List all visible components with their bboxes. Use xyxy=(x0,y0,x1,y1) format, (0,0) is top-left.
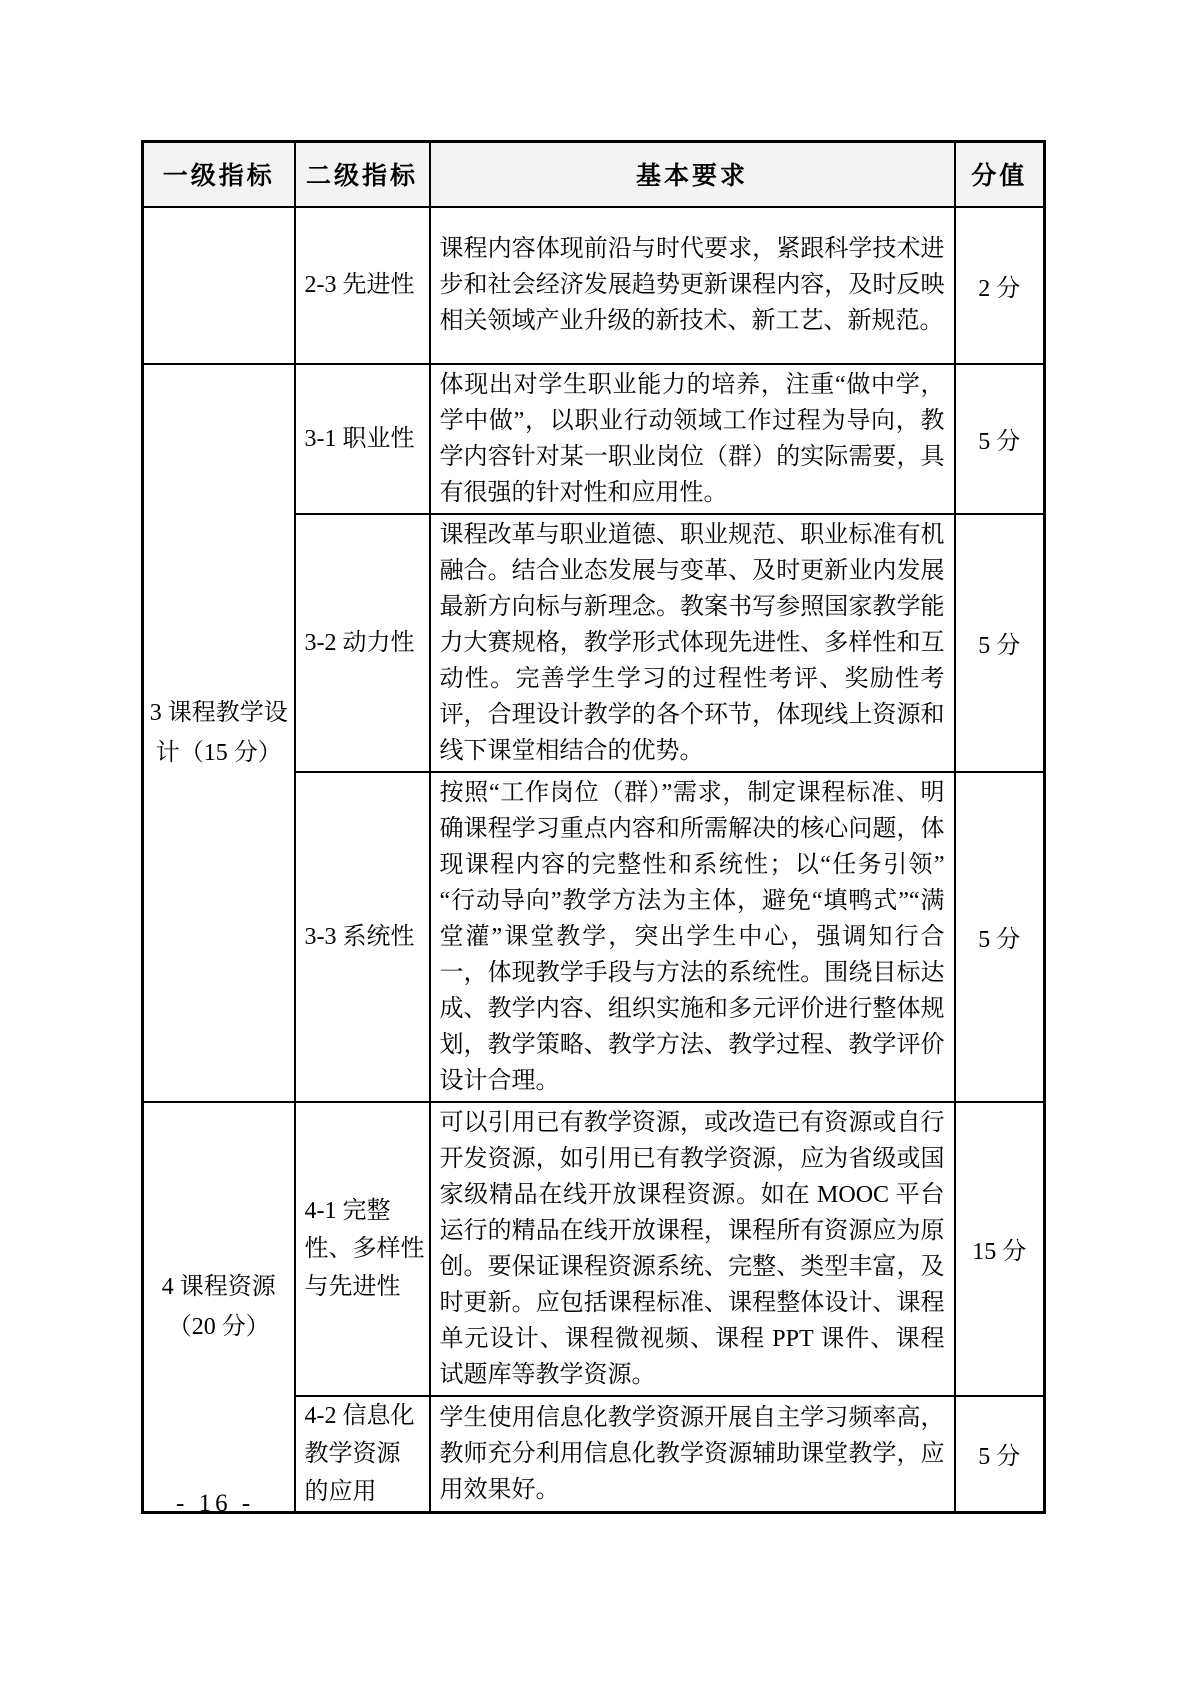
table-row: 2-3 先进性 课程内容体现前沿与时代要求，紧跟科学技术进步和社会经济发展趋势更… xyxy=(143,207,1045,364)
score-cell: 2 分 xyxy=(955,207,1045,364)
level2-indicator-cell: 3-3 系统性 xyxy=(295,772,430,1102)
level2-indicator-cell: 3-1 职业性 xyxy=(295,364,430,514)
level2-indicator-cell: 4-2 信息化 教学资源 的应用 xyxy=(295,1396,430,1513)
document-page: 一级指标 二级指标 基本要求 分值 2-3 先进性 课程内容体现前沿与时代要求，… xyxy=(0,0,1190,1683)
level2-indicator-cell: 2-3 先进性 xyxy=(295,207,430,364)
score-cell: 5 分 xyxy=(955,364,1045,514)
table-header-row: 一级指标 二级指标 基本要求 分值 xyxy=(143,142,1045,207)
page-number: - 16 - xyxy=(176,1490,254,1518)
requirement-cell: 可以引用已有教学资源，或改造已有资源或自行开发资源，如引用已有教学资源，应为省级… xyxy=(430,1102,955,1396)
column-header-level1: 一级指标 xyxy=(143,142,295,207)
requirement-cell: 课程内容体现前沿与时代要求，紧跟科学技术进步和社会经济发展趋势更新课程内容，及时… xyxy=(430,207,955,364)
level1-empty-cell xyxy=(143,207,295,364)
table-row: 3 课程教学设 计（15 分） 3-1 职业性 体现出对学生职业能力的培养，注重… xyxy=(143,364,1045,514)
requirement-cell: 按照“工作岗位（群）”需求，制定课程标准、明确课程学习重点内容和所需解决的核心问… xyxy=(430,772,955,1102)
requirement-cell: 课程改革与职业道德、职业规范、职业标准有机融合。结合业态发展与变革、及时更新业内… xyxy=(430,514,955,772)
level1-group-cell-3: 3 课程教学设 计（15 分） xyxy=(143,364,295,1102)
requirement-cell: 学生使用信息化教学资源开展自主学习频率高，教师充分利用信息化教学资源辅助课堂教学… xyxy=(430,1396,955,1513)
score-cell: 5 分 xyxy=(955,772,1045,1102)
column-header-requirement: 基本要求 xyxy=(430,142,955,207)
column-header-score: 分值 xyxy=(955,142,1045,207)
level2-indicator-cell: 4-1 完整 性、多样性 与先进性 xyxy=(295,1102,430,1396)
evaluation-rubric-table: 一级指标 二级指标 基本要求 分值 2-3 先进性 课程内容体现前沿与时代要求，… xyxy=(141,140,1046,1514)
column-header-level2: 二级指标 xyxy=(295,142,430,207)
table-row: 4 课程资源 （20 分） 4-1 完整 性、多样性 与先进性 可以引用已有教学… xyxy=(143,1102,1045,1396)
score-cell: 5 分 xyxy=(955,514,1045,772)
level1-group-cell-4: 4 课程资源 （20 分） xyxy=(143,1102,295,1513)
requirement-cell: 体现出对学生职业能力的培养，注重“做中学，学中做”，以职业行动领域工作过程为导向… xyxy=(430,364,955,514)
score-cell: 5 分 xyxy=(955,1396,1045,1513)
score-cell: 15 分 xyxy=(955,1102,1045,1396)
level2-indicator-cell: 3-2 动力性 xyxy=(295,514,430,772)
